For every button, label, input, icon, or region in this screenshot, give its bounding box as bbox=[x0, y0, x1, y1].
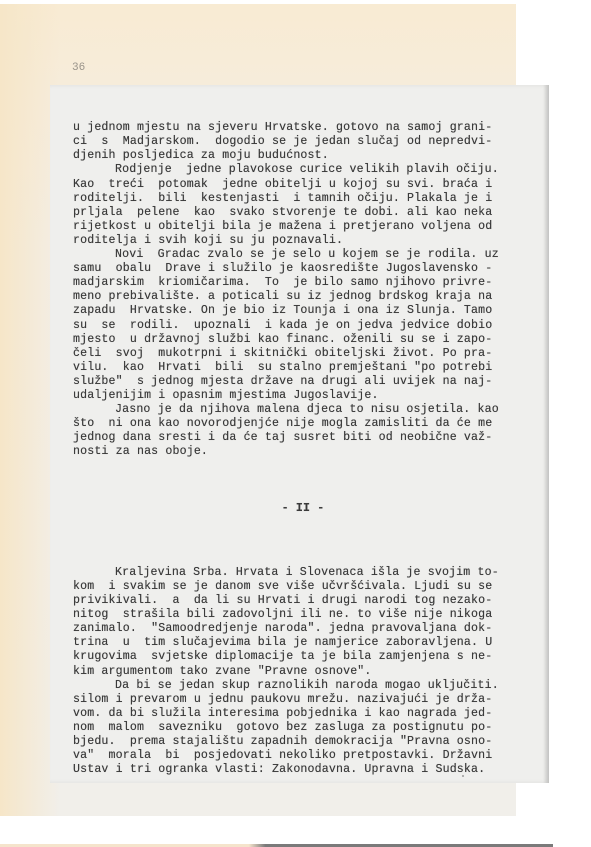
text-line: privikivali. a da li su Hrvati i drugi n… bbox=[73, 594, 553, 608]
page-number: 36 bbox=[72, 62, 85, 74]
text-line: Jasno je da njihova malena djeca to nisu… bbox=[73, 403, 553, 417]
text-line: krugovima svjetske diplomacije ta je bil… bbox=[73, 650, 553, 664]
text-line: djenih posljedica za moju budućnost. bbox=[73, 149, 553, 163]
section-heading: - II - bbox=[73, 502, 553, 516]
text-line: roditelji. bili kestenjasti i tamnih oči… bbox=[73, 192, 553, 206]
text-line: čeli svoj mukotrpni i skitnički obiteljs… bbox=[73, 347, 553, 361]
text-line: Novi Gradac zvalo se je selo u kojem se … bbox=[73, 248, 553, 262]
text-line: meno prebivalište. a poticali su iz jedn… bbox=[73, 290, 553, 304]
text-line: ci s Madjarskom. dogodio se je jedan slu… bbox=[73, 135, 553, 149]
text-line: nosti za nas oboje. bbox=[73, 445, 553, 459]
text-line: su se rodili. upoznali i kada je on jedv… bbox=[73, 319, 553, 333]
text-line: Ustav i tri ogranka vlasti: Zakonodavna.… bbox=[73, 763, 553, 777]
text-line: bjedu. prema stajalištu zapadnih demokra… bbox=[73, 735, 553, 749]
text-line: samu obalu Drave i služilo je kaosredišt… bbox=[73, 262, 553, 276]
text-line: Kraljevina Srba. Hrvata i Slovenaca išla… bbox=[73, 566, 553, 580]
text-line: vom. da bi služila interesima pobjednika… bbox=[73, 707, 553, 721]
text-line: kom i svakim se je danom sve više učvršć… bbox=[73, 580, 553, 594]
text-line: što ni ona kao novorodjenjće nije mogla … bbox=[73, 417, 553, 431]
section-part-2: Kraljevina Srba. Hrvata i Slovenaca išla… bbox=[73, 566, 553, 777]
text-line: zapadu Hrvatske. On je bio iz Tounja i o… bbox=[73, 304, 553, 318]
text-line: roditelja i svih koji su ju poznavali. bbox=[73, 234, 553, 248]
text-line: rijetkost u obitelji bila je mažena i pr… bbox=[73, 220, 553, 234]
text-line: trina u tim slučajevima bila je namjeric… bbox=[73, 636, 553, 650]
text-line: jednog dana sresti i da će taj susret bi… bbox=[73, 431, 553, 445]
text-line: prljala pelene kao svako stvorenje te do… bbox=[73, 206, 553, 220]
text-line: mjesto u državnoj službi kao financ. ože… bbox=[73, 333, 553, 347]
text-line: Rodjenje jedne plavokose curice velikih … bbox=[73, 163, 553, 177]
text-line: vilu. kao Hrvati bili su stalno premješt… bbox=[73, 361, 553, 375]
text-line: kim argumentom tako zvane "Pravne osnove… bbox=[73, 665, 553, 679]
text-line: službe" s jednog mjesta države na drugi … bbox=[73, 375, 553, 389]
text-line: Kao treći potomak jedne obitelji u kojoj… bbox=[73, 178, 553, 192]
text-line: zanimalo. "Samoodredjenje naroda". jedna… bbox=[73, 622, 553, 636]
text-line: udaljenijim i opasnim mjestima Jugoslavi… bbox=[73, 389, 553, 403]
text-line: u jednom mjestu na sjeveru Hrvatske. got… bbox=[73, 121, 553, 135]
section-part-1: u jednom mjestu na sjeveru Hrvatske. got… bbox=[73, 121, 553, 459]
text-line: nitog strašila bili zadovoljni ili ne. t… bbox=[73, 608, 553, 622]
text-line: silom i prevarom u jednu paukovu mrežu. … bbox=[73, 693, 553, 707]
scan-speck bbox=[462, 775, 464, 777]
text-line: va" morala bi posjedovati nekoliko pretp… bbox=[73, 749, 553, 763]
document-body: u jednom mjestu na sjeveru Hrvatske. got… bbox=[73, 93, 553, 791]
text-line: madjarskim kriomičarima. To je bilo samo… bbox=[73, 276, 553, 290]
text-line: Da bi se jedan skup raznolikih naroda mo… bbox=[73, 679, 553, 693]
text-line: nom malom savezniku gotovo bez zasluga z… bbox=[73, 721, 553, 735]
